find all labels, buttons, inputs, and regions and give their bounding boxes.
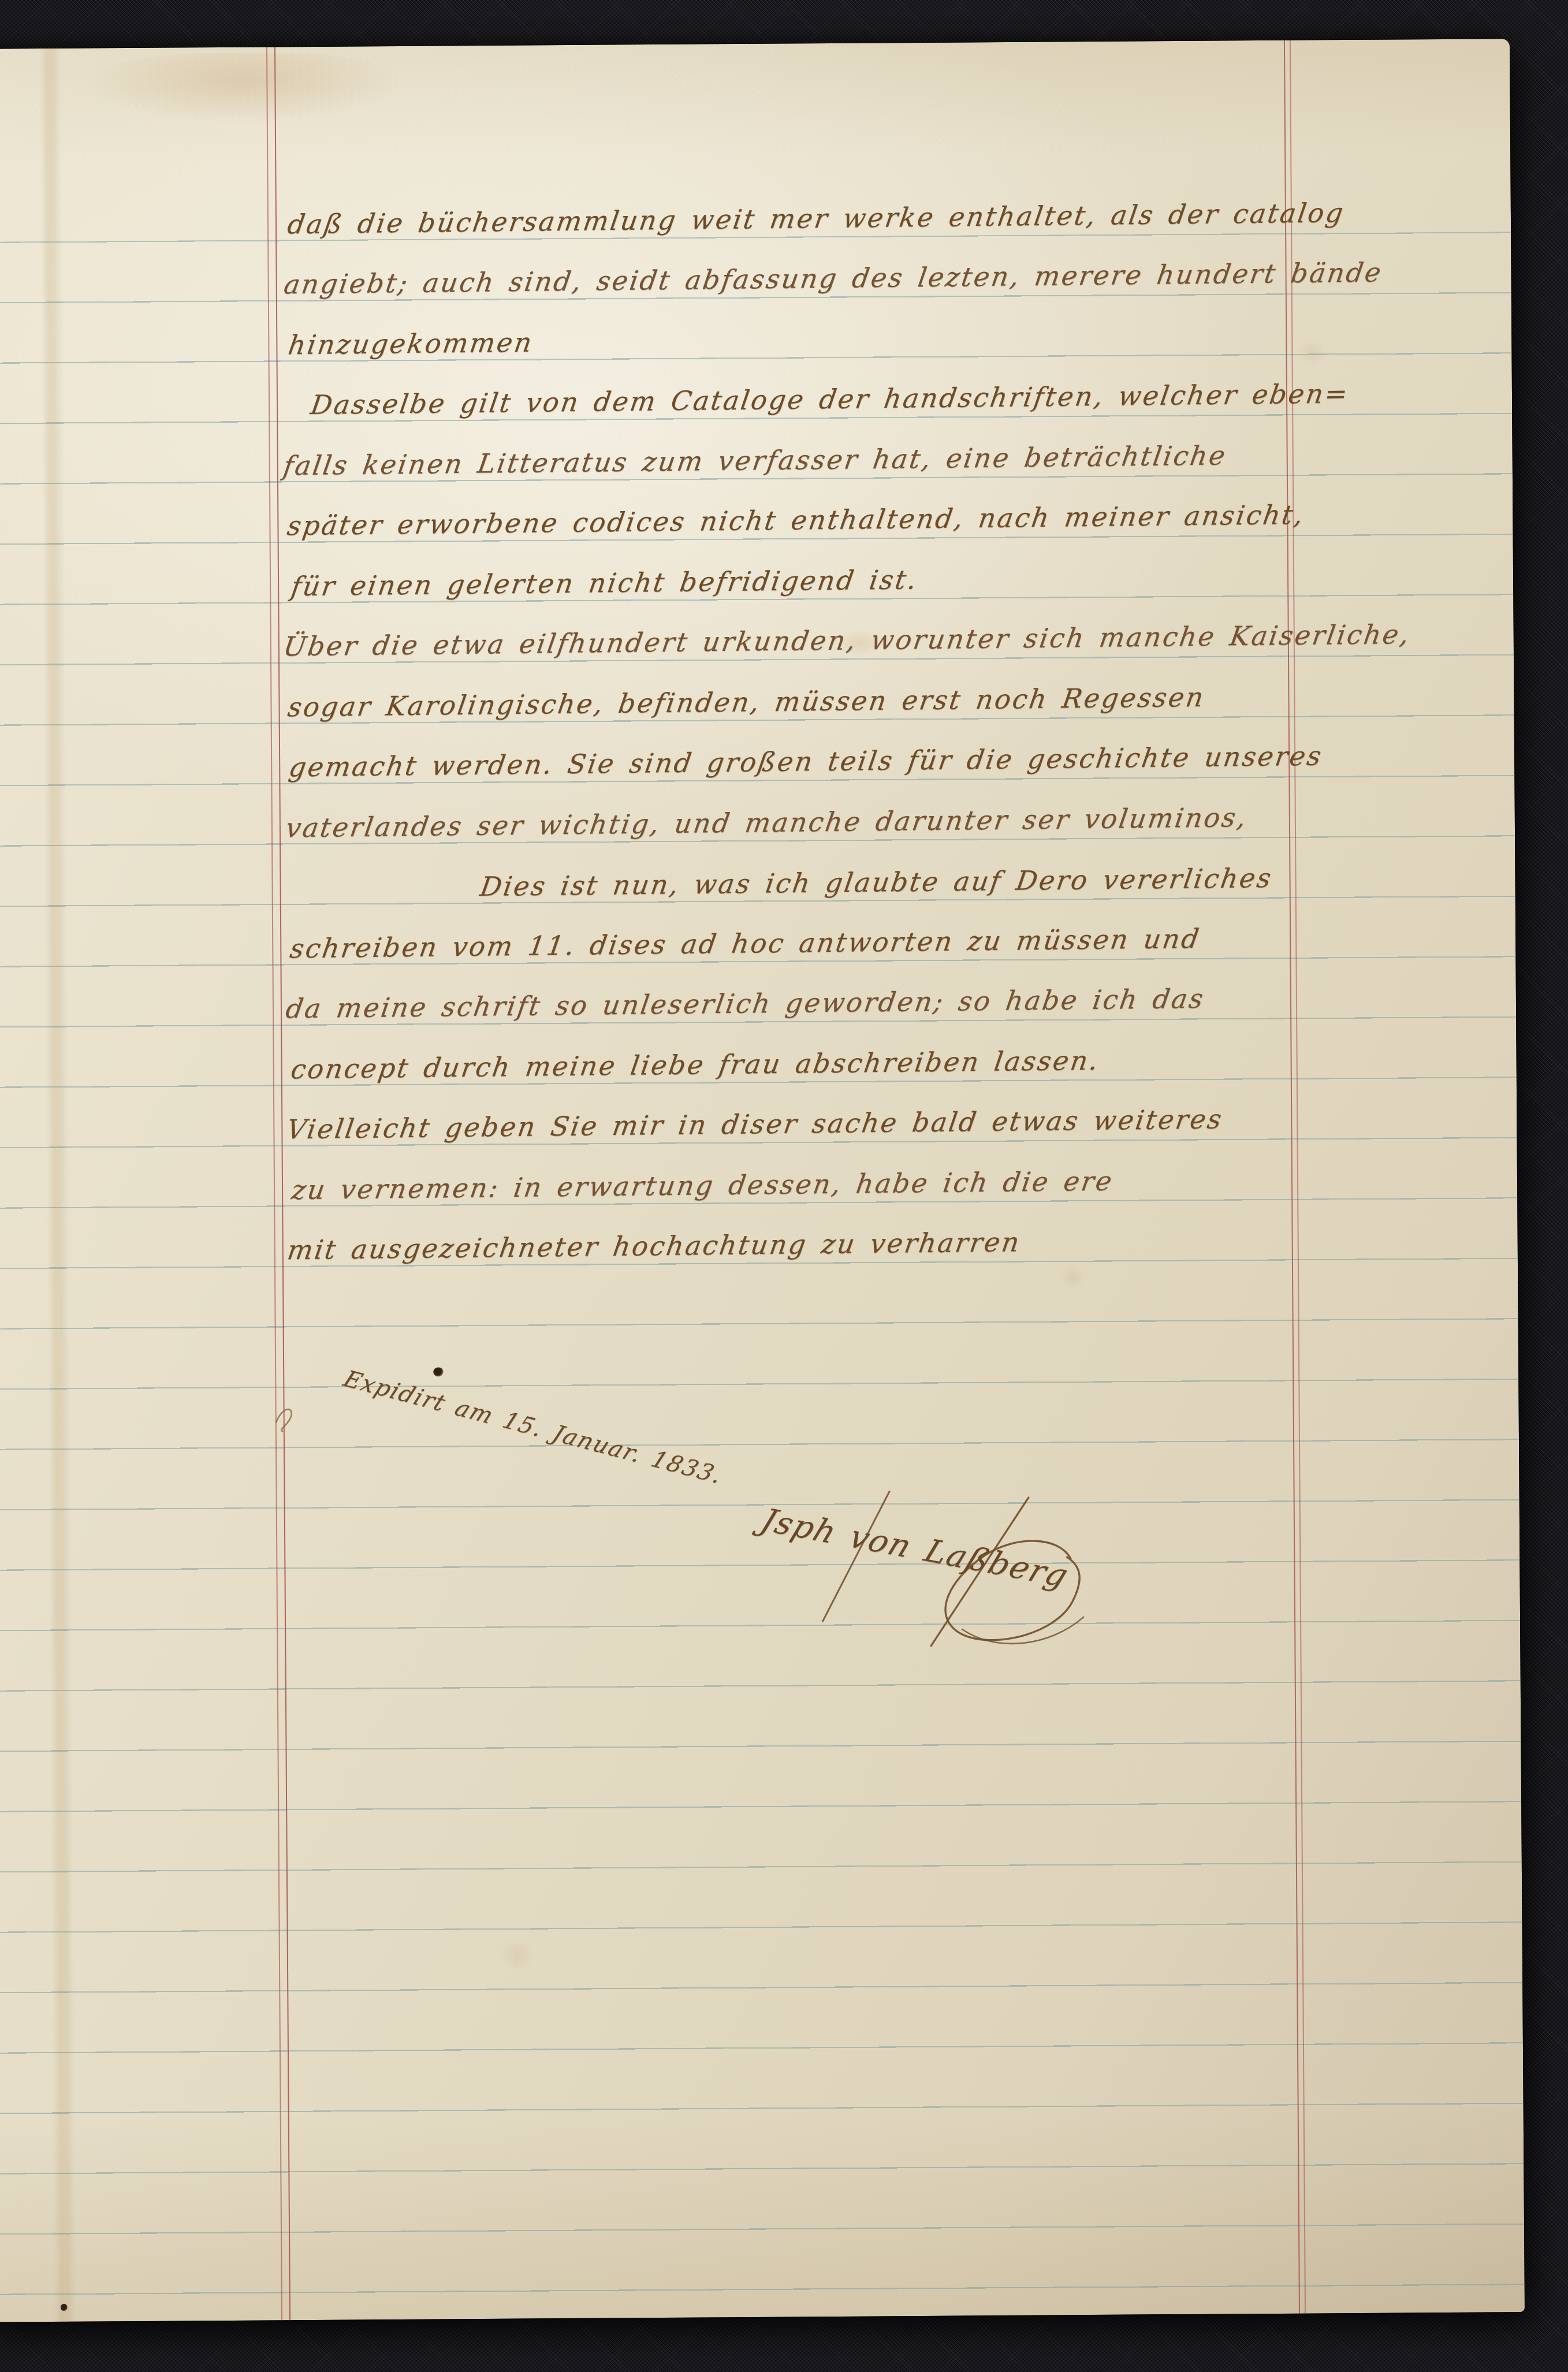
handwritten-line-10: gemacht werden. Sie sind großen teils fü… <box>286 740 1325 784</box>
handwritten-line-16: Vielleicht geben Sie mir in diser sache … <box>285 1103 1226 1145</box>
handwritten-line-11: vaterlandes ser wichtig, und manche daru… <box>284 802 1250 844</box>
handwritten-line-4: Dasselbe gilt von dem Cataloge der hands… <box>308 378 1351 421</box>
handwritten-line-2: angiebt; auch sind, seidt abfassung des … <box>282 256 1385 300</box>
handwritten-line-18: mit ausgezeichneter hochachtung zu verha… <box>285 1226 1023 1266</box>
handwritten-line-3: hinzugekommen <box>286 327 536 362</box>
handwritten-line-13: schreiben vom 11. dises ad hoc antworten… <box>288 923 1203 965</box>
handwritten-line-12: Dies ist nun, was ich glaubte auf Dero v… <box>478 862 1275 903</box>
handwritten-line-7: für einen gelerten nicht befridigend ist… <box>289 564 920 602</box>
ink-blot-2 <box>61 2304 68 2311</box>
date-note: Expidirt am 15. Januar. 1833. <box>339 1365 727 1490</box>
handwritten-line-14: da meine schrift so unleserlich geworden… <box>284 983 1206 1025</box>
handwritten-line-8: Über die etwa eilfhundert urkunden, woru… <box>281 619 1413 663</box>
handwritten-line-5: falls keinen Litteratus zum verfasser ha… <box>281 440 1229 482</box>
flourish-loop-path <box>945 1540 1080 1640</box>
handwritten-line-17: zu vernemen: in erwartung dessen, habe i… <box>289 1165 1115 1207</box>
handwritten-line-6: später erworbene codices nicht enthalten… <box>285 499 1307 542</box>
handwritten-line-15: concept durch meine liebe frau abschreib… <box>289 1045 1102 1086</box>
flourish-slash-path <box>930 1497 1030 1647</box>
scan-background: daß die büchersammlung weit mer werke en… <box>0 0 1568 2372</box>
handwritten-line-1: daß die büchersammlung weit mer werke en… <box>285 197 1347 240</box>
stray-pen-mark <box>271 1398 311 1433</box>
letter-body: daß die büchersammlung weit mer werke en… <box>0 39 1525 2322</box>
signature-flourish <box>880 1494 1095 1657</box>
letter-page: daß die büchersammlung weit mer werke en… <box>0 39 1525 2322</box>
handwritten-line-9: sogar Karolingische, befinden, müssen er… <box>286 682 1207 724</box>
ink-blot-1 <box>433 1367 444 1376</box>
stray-pen-mark-path <box>276 1409 292 1432</box>
